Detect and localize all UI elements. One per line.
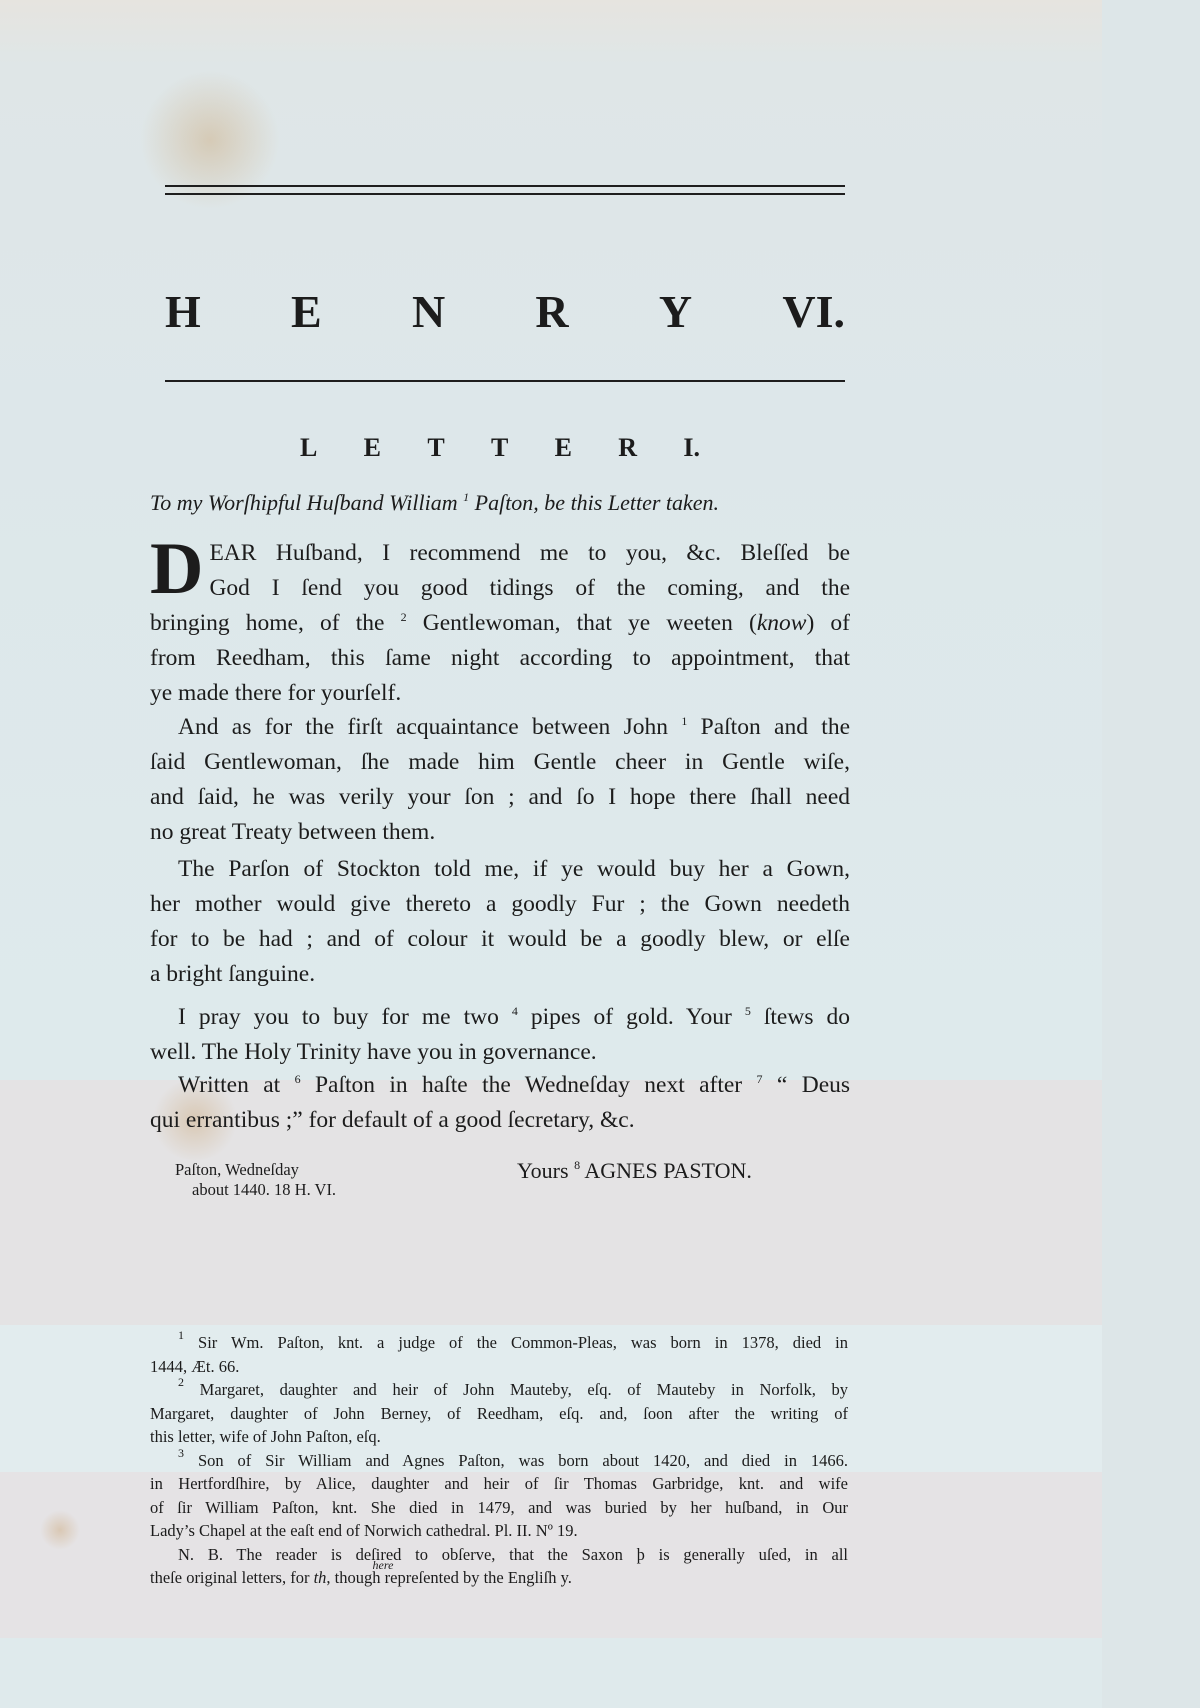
footnote-marker: 3: [178, 1446, 184, 1460]
text-line: no great Treaty between them.: [150, 815, 850, 850]
footnote-ref[interactable]: 8: [574, 1158, 580, 1172]
footnote-3-cont: in Hertfordſhire, by Alice, daughter and…: [150, 1472, 848, 1496]
footnote-ref[interactable]: 1: [681, 714, 687, 728]
footnote-ref[interactable]: 7: [757, 1072, 763, 1086]
handwritten-insert: here: [373, 1554, 394, 1578]
footnote-ref[interactable]: 1: [463, 490, 469, 504]
nota-bene-text: theſe original letters, for: [150, 1568, 309, 1587]
heading-letter: I.: [683, 433, 700, 463]
text-line: Written at 6 Paſton in haſte the Wedneſd…: [150, 1068, 850, 1103]
heading-letter: T: [427, 433, 444, 463]
footnote-text: Son of Sir William and Agnes Paſton, was…: [198, 1451, 848, 1470]
text-line: God I ſend you good tidings of the comin…: [150, 571, 850, 606]
dateline-year: about 1440. 18 H. VI.: [175, 1180, 336, 1200]
nota-bene-text: repreſented by the Engliſh y.: [385, 1568, 572, 1587]
line-text: ſtews do: [764, 1004, 850, 1030]
line-text: Gentlewoman, that ye weeten (: [423, 610, 757, 636]
line-text: ye made there for yourſelf.: [150, 680, 401, 706]
footnote-text: Lady’s Chapel at the eaſt end of Norwich…: [150, 1521, 578, 1540]
text-line: EAR Huſband, I recommend me to you, &c. …: [150, 536, 850, 571]
footnote-3-cont: of ſir William Paſton, knt. She died in …: [150, 1496, 848, 1520]
footnote-2-cont: Margaret, daughter of John Berney, of Re…: [150, 1402, 848, 1426]
footnote-text: 1444, Æt. 66.: [150, 1357, 239, 1376]
line-text: and ſaid, he was verily your ſon ; and ſ…: [150, 784, 850, 810]
line-text: Paſton and the: [701, 714, 850, 740]
text-line: The Parſon of Stockton told me, if ye wo…: [150, 852, 850, 887]
footnote-ref[interactable]: 2: [401, 610, 407, 624]
heading-letter: E: [555, 433, 572, 463]
footnote-marker: 1: [178, 1328, 184, 1342]
title-rule: [165, 380, 845, 382]
address-text: Paſton, be this Letter taken.: [475, 490, 719, 515]
footnote-3-cont: Lady’s Chapel at the eaſt end of Norwich…: [150, 1519, 848, 1543]
footnote-1-cont: 1444, Æt. 66.: [150, 1355, 848, 1379]
line-text: pipes of gold. Your: [531, 1004, 732, 1030]
line-text: EAR Huſband, I recommend me to you, &c. …: [209, 540, 850, 566]
nota-bene-cont: theſe original letters, for th, thoughhe…: [150, 1566, 848, 1590]
footnote-text: this letter, wife of John Paſton, eſq.: [150, 1427, 381, 1446]
footnote-2: 2 Margaret, daughter and heir of John Ma…: [150, 1378, 848, 1402]
line-text: “ Deus: [777, 1072, 850, 1098]
footnote-ref[interactable]: 4: [512, 1004, 518, 1018]
line-text: qui errantibus ;” for default of a good …: [150, 1107, 635, 1133]
footnote-1: 1 Sir Wm. Paſton, knt. a judge of the Co…: [150, 1331, 848, 1355]
italic-gloss: know: [757, 610, 807, 636]
address-text: To my Worſhipful Huſband William: [150, 490, 458, 515]
reign-title-letter: Y: [659, 285, 692, 338]
heading-letter: E: [364, 433, 381, 463]
text-line: and ſaid, he was verily your ſon ; and ſ…: [150, 780, 850, 815]
paragraph-3: The Parſon of Stockton told me, if ye wo…: [150, 852, 850, 992]
footnote-ref[interactable]: 5: [745, 1004, 751, 1018]
footnote-text: in Hertfordſhire, by Alice, daughter and…: [150, 1474, 848, 1493]
footnotes: 1 Sir Wm. Paſton, knt. a judge of the Co…: [150, 1331, 848, 1590]
footnote-marker: 2: [178, 1375, 184, 1389]
footnote-text: of ſir William Paſton, knt. She died in …: [150, 1498, 848, 1517]
signature: Yours 8 AGNES PASTON.: [517, 1158, 752, 1184]
dateline-place-day: Paſton, Wedneſday: [175, 1160, 336, 1180]
line-text: Paſton in haſte the Wedneſday next after: [315, 1072, 742, 1098]
paragraph-5: Written at 6 Paſton in haſte the Wedneſd…: [150, 1068, 850, 1138]
book-page: H E N R Y VI. L E T T E R I. To my Worſh…: [0, 0, 1102, 1708]
text-line: qui errantibus ;” for default of a good …: [150, 1103, 850, 1138]
reign-title-letter: N: [412, 285, 445, 338]
text-line: for to be had ; and of colour it would b…: [150, 922, 850, 957]
text-line: I pray you to buy for me two 4 pipes of …: [150, 1000, 850, 1035]
line-text: ſaid Gentlewoman, ſhe made him Gentle ch…: [150, 749, 850, 775]
reign-title: H E N R Y VI.: [165, 285, 845, 338]
line-text: from Reedham, this ſame night according …: [150, 645, 850, 671]
letter-address: To my Worſhipful Huſband William 1 Paſto…: [150, 490, 860, 516]
text-line: from Reedham, this ſame night according …: [150, 641, 850, 676]
heading-letter: R: [618, 433, 637, 463]
text-line: ye made there for yourſelf.: [150, 676, 850, 711]
footnote-text: Margaret, daughter of John Berney, of Re…: [150, 1404, 848, 1423]
paragraph-1: D EAR Huſband, I recommend me to you, &c…: [150, 536, 850, 711]
nota-bene: N. B. The reader is deſired to obſerve, …: [150, 1543, 848, 1567]
text-line: a bright ſanguine.: [150, 957, 850, 992]
reign-title-letter: R: [535, 285, 568, 338]
line-text: bringing home, of the: [150, 610, 384, 636]
top-rule-upper: [165, 185, 845, 187]
letter-heading: L E T T E R I.: [300, 433, 700, 463]
line-text: And as for the firſt acquaintance betwee…: [178, 714, 668, 740]
footnote-2-cont: this letter, wife of John Paſton, eſq.: [150, 1425, 848, 1449]
footnote-text: Sir Wm. Paſton, knt. a judge of the Comm…: [198, 1333, 848, 1352]
italic-th: th: [314, 1568, 327, 1587]
reign-title-letter: H: [165, 285, 201, 338]
drop-cap: D: [150, 538, 203, 602]
text-line: And as for the firſt acquaintance betwee…: [150, 710, 850, 745]
dateline: Paſton, Wedneſday about 1440. 18 H. VI.: [175, 1160, 336, 1200]
line-text: her mother would give thereto a goodly F…: [150, 891, 850, 917]
line-text: well. The Holy Trinity have you in gover…: [150, 1039, 597, 1065]
line-text: God I ſend you good tidings of the comin…: [209, 575, 850, 601]
footnote-3: 3 Son of Sir William and Agnes Paſton, w…: [150, 1449, 848, 1473]
top-rule-lower: [165, 193, 845, 195]
line-text: no great Treaty between them.: [150, 819, 435, 845]
line-text: I pray you to buy for me two: [178, 1004, 499, 1030]
reign-title-letter: E: [291, 285, 322, 338]
signature-name: AGNES PASTON.: [584, 1158, 752, 1183]
line-text: Written at: [178, 1072, 280, 1098]
text-line: ſaid Gentlewoman, ſhe made him Gentle ch…: [150, 745, 850, 780]
heading-letter: L: [300, 433, 317, 463]
text-line: well. The Holy Trinity have you in gover…: [150, 1035, 850, 1070]
line-text: ) of: [806, 610, 850, 636]
text-line: bringing home, of the 2 Gentlewoman, tha…: [150, 606, 850, 641]
footnote-ref[interactable]: 6: [295, 1072, 301, 1086]
signature-prefix: Yours: [517, 1158, 569, 1183]
line-text: for to be had ; and of colour it would b…: [150, 926, 850, 952]
nota-bene-text: N. B. The reader is deſired to obſerve, …: [178, 1545, 848, 1564]
line-text: a bright ſanguine.: [150, 961, 315, 987]
line-text: The Parſon of Stockton told me, if ye wo…: [178, 856, 850, 882]
footnote-text: Margaret, daughter and heir of John Maut…: [200, 1380, 848, 1399]
paragraph-2: And as for the firſt acquaintance betwee…: [150, 710, 850, 850]
reign-title-letter: VI.: [782, 285, 845, 338]
text-line: her mother would give thereto a goodly F…: [150, 887, 850, 922]
heading-letter: T: [491, 433, 508, 463]
paragraph-4: I pray you to buy for me two 4 pipes of …: [150, 1000, 850, 1070]
